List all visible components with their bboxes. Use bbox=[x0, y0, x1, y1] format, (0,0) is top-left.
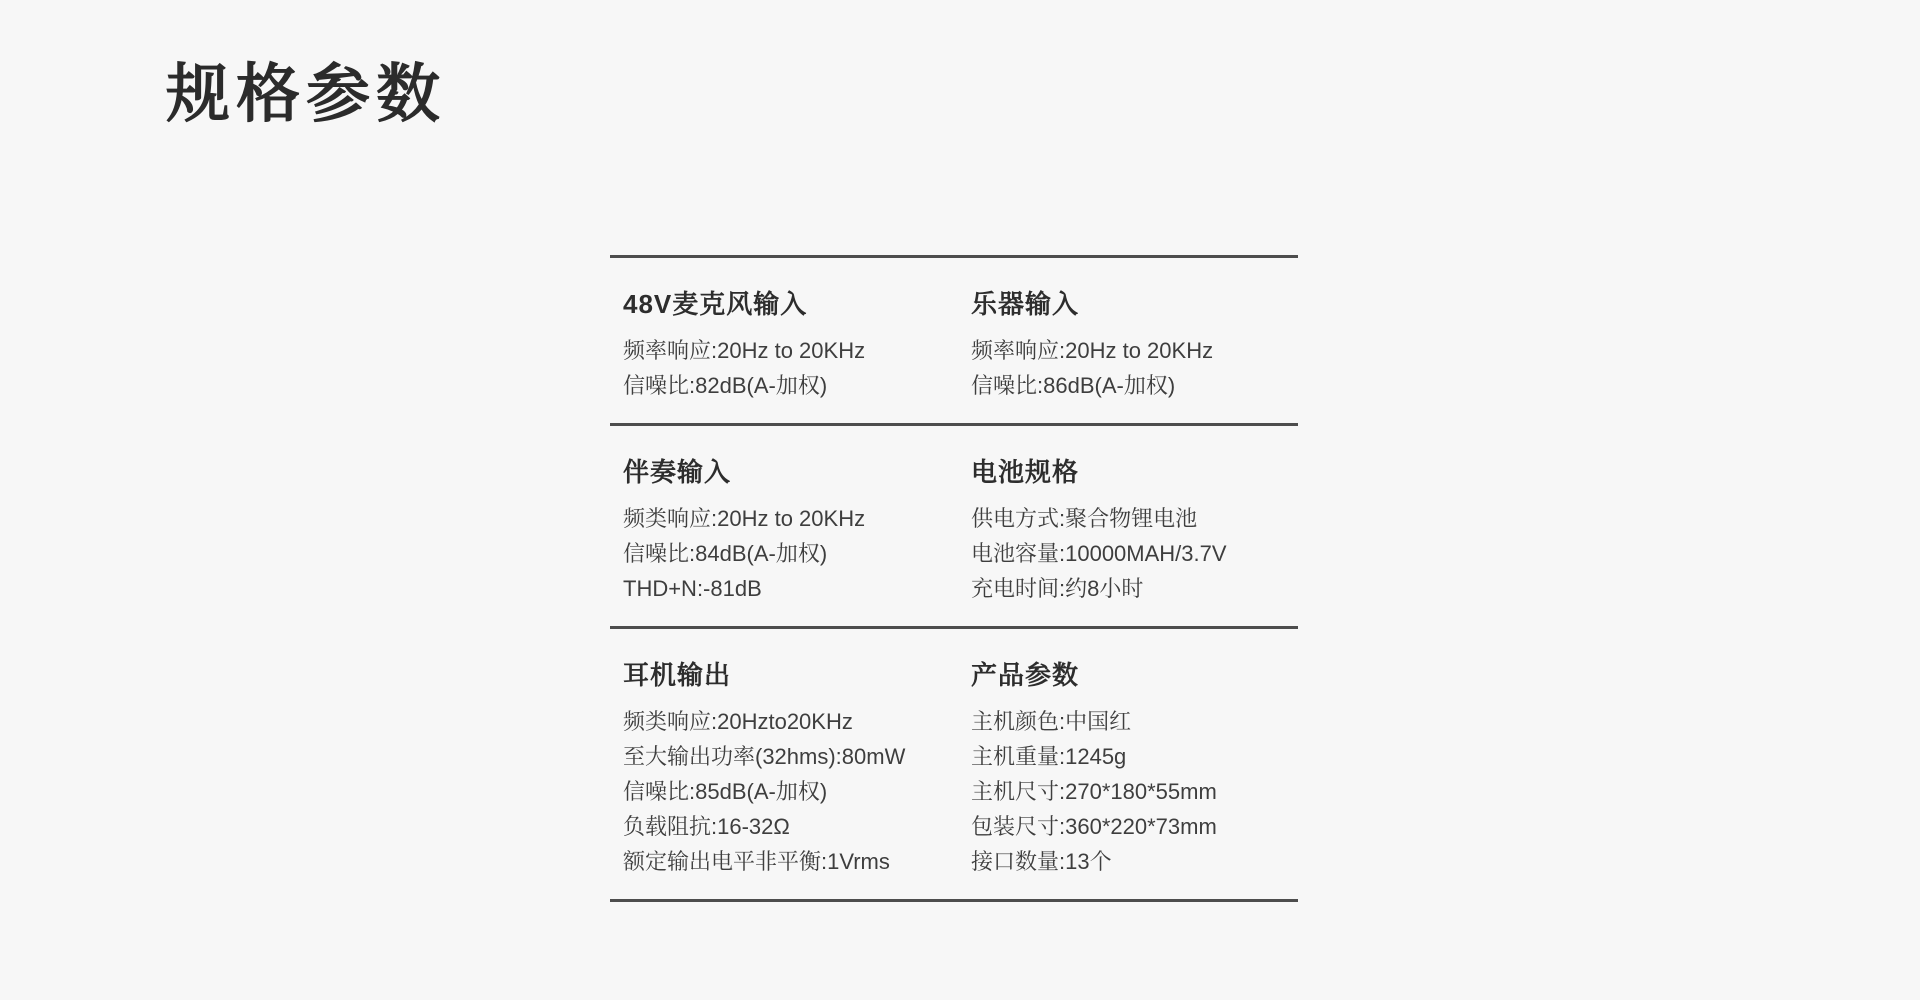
spec-line: 充电时间:约8小时 bbox=[971, 571, 1298, 606]
spec-line: 信噪比:85dB(A-加权) bbox=[623, 774, 958, 809]
spec-line: 主机颜色:中国红 bbox=[971, 704, 1298, 739]
spec-cell-instrument-input: 乐器输入 频率响应:20Hz to 20KHz 信噪比:86dB(A-加权) bbox=[958, 258, 1298, 423]
spec-heading: 电池规格 bbox=[971, 456, 1298, 488]
spec-line: 负载阻抗:16-32Ω bbox=[623, 809, 958, 844]
spec-line: 包装尺寸:360*220*73mm bbox=[971, 809, 1298, 844]
spec-line: 接口数量:13个 bbox=[971, 844, 1298, 879]
page-title: 规格参数 bbox=[166, 56, 446, 132]
spec-line: 至大输出功率(32hms):80mW bbox=[623, 739, 958, 774]
spec-row-output-product: 耳机输出 频类响应:20Hzto20KHz 至大输出功率(32hms):80mW… bbox=[610, 626, 1298, 899]
spec-cell-mic-input: 48V麦克风输入 频率响应:20Hz to 20KHz 信噪比:82dB(A-加… bbox=[610, 258, 958, 423]
spec-line: 信噪比:82dB(A-加权) bbox=[623, 368, 958, 403]
bottom-white-strip bbox=[0, 1000, 1920, 1007]
spec-line: 信噪比:86dB(A-加权) bbox=[971, 368, 1298, 403]
spec-line: 电池容量:10000MAH/3.7V bbox=[971, 536, 1298, 571]
spec-row-aux-battery: 伴奏输入 频类响应:20Hz to 20KHz 信噪比:84dB(A-加权) T… bbox=[610, 423, 1298, 626]
spec-cell-headphone-output: 耳机输出 频类响应:20Hzto20KHz 至大输出功率(32hms):80mW… bbox=[610, 629, 958, 899]
spec-line: 频类响应:20Hzto20KHz bbox=[623, 704, 958, 739]
spec-sheet-page: 规格参数 48V麦克风输入 频率响应:20Hz to 20KHz 信噪比:82d… bbox=[0, 0, 1920, 1007]
spec-line: 额定输出电平非平衡:1Vrms bbox=[623, 844, 958, 879]
spec-line: 频类响应:20Hz to 20KHz bbox=[623, 501, 958, 536]
spec-line: 频率响应:20Hz to 20KHz bbox=[971, 333, 1298, 368]
spec-heading: 伴奏输入 bbox=[623, 456, 958, 488]
spec-cell-accompaniment-input: 伴奏输入 频类响应:20Hz to 20KHz 信噪比:84dB(A-加权) T… bbox=[610, 426, 958, 626]
spec-heading: 乐器输入 bbox=[971, 288, 1298, 320]
spec-table: 48V麦克风输入 频率响应:20Hz to 20KHz 信噪比:82dB(A-加… bbox=[610, 255, 1298, 902]
spec-heading: 耳机输出 bbox=[623, 659, 958, 691]
spec-cell-battery: 电池规格 供电方式:聚合物锂电池 电池容量:10000MAH/3.7V 充电时间… bbox=[958, 426, 1298, 626]
spec-cell-product-params: 产品参数 主机颜色:中国红 主机重量:1245g 主机尺寸:270*180*55… bbox=[958, 629, 1298, 899]
spec-heading: 48V麦克风输入 bbox=[623, 288, 958, 320]
spec-line: 频率响应:20Hz to 20KHz bbox=[623, 333, 958, 368]
spec-row-inputs: 48V麦克风输入 频率响应:20Hz to 20KHz 信噪比:82dB(A-加… bbox=[610, 255, 1298, 423]
spec-line: 供电方式:聚合物锂电池 bbox=[971, 501, 1298, 536]
spec-line: 主机重量:1245g bbox=[971, 739, 1298, 774]
spec-line: 信噪比:84dB(A-加权) bbox=[623, 536, 958, 571]
spec-line: 主机尺寸:270*180*55mm bbox=[971, 774, 1298, 809]
spec-line: THD+N:-81dB bbox=[623, 571, 958, 606]
spec-heading: 产品参数 bbox=[971, 659, 1298, 691]
